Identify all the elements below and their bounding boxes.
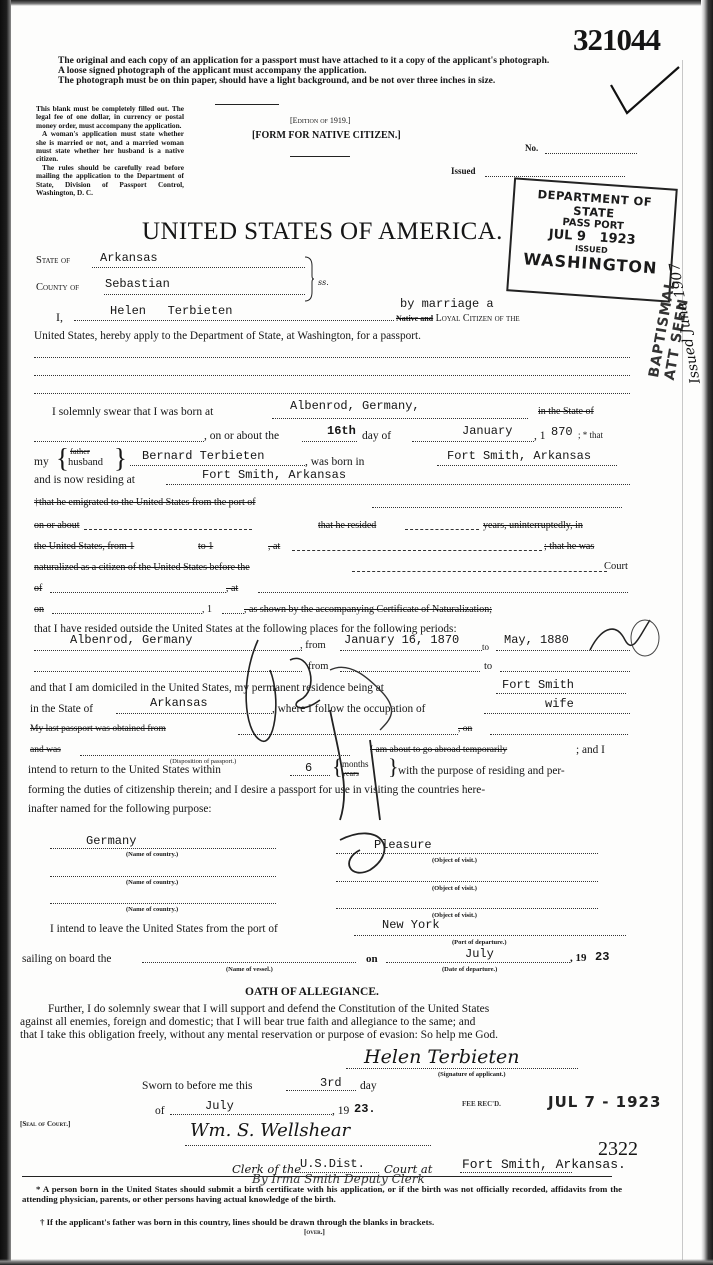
sworn-month-field: [170, 1114, 332, 1115]
struck-naturalized: naturalized as a citizen of the United S…: [34, 562, 250, 573]
oath-line-3: that I take this obligation freely, with…: [20, 1029, 498, 1041]
citizen-text: Loyal Citizen of the: [436, 313, 520, 324]
object-caption: (Object of visit.): [432, 857, 477, 864]
permanent-residence-field: [496, 693, 626, 694]
scan-edge-right: [701, 0, 713, 1265]
object-field: [336, 908, 598, 909]
checkmark-icon: [605, 65, 685, 125]
blank-line: [405, 529, 479, 530]
struck-that-he-was: ; that he was: [544, 541, 594, 552]
husband-name-field: [130, 465, 305, 466]
scan-fold-line: [682, 60, 683, 1260]
state-field: [92, 267, 305, 268]
blank-line: [52, 613, 202, 614]
oath-line-1: Further, I do solemnly swear that I will…: [48, 1003, 489, 1015]
struck-emigrated: †that he emigrated to the United States …: [34, 497, 256, 508]
blank-line: [34, 375, 630, 376]
scan-edge-bottom: [0, 1259, 713, 1265]
bracket-icon: [304, 256, 314, 302]
applicant-prefix: I,: [56, 310, 63, 325]
birth-year: 870: [551, 425, 573, 439]
county-value: Sebastian: [105, 277, 170, 291]
purpose-text-3: inafter named for the following purpose:: [28, 803, 212, 815]
issued-label: Issued: [451, 166, 476, 176]
no-label: No.: [525, 143, 538, 153]
port-field: [354, 935, 626, 936]
struck-certificate: , as shown by the accompanying Certifica…: [244, 604, 492, 615]
day-label: day: [360, 1080, 377, 1092]
struck-of: of: [34, 583, 42, 594]
birth-day-field: [302, 441, 357, 442]
sworn-year: 23.: [354, 1102, 376, 1116]
ss-label: ss.: [318, 278, 329, 287]
struck-father: father: [70, 446, 90, 456]
struck-native: Native and: [396, 314, 433, 323]
state-value: Arkansas: [100, 251, 158, 265]
blank-line: [292, 550, 542, 551]
that-label: ; * that: [578, 430, 603, 440]
photo-notice-line: The original and each copy of an applica…: [58, 56, 549, 66]
residing-field: [166, 484, 630, 485]
instruction-fee: This blank must be completely filled out…: [36, 105, 184, 130]
court-location: Fort Smith, Arkansas.: [462, 1157, 626, 1172]
departure-year: 23: [595, 950, 609, 964]
struck-on-date: , on: [458, 724, 472, 734]
sworn-day-field: [286, 1090, 356, 1091]
relation-bracket-close: }: [114, 444, 127, 472]
object-caption: (Object of visit.): [432, 885, 477, 892]
port-value: New York: [382, 918, 440, 932]
sworn-month: July: [205, 1099, 234, 1113]
blank-line: [34, 357, 630, 358]
state-label: State of: [36, 255, 70, 266]
divider: [215, 104, 279, 105]
signature-caption: (Signature of applicant.): [438, 1071, 506, 1078]
husband-label: husband: [68, 457, 103, 468]
by-marriage-note: by marriage a: [400, 297, 494, 311]
struck-and-was: and was: [30, 745, 61, 755]
husband-name: Bernard Terbieten: [142, 449, 264, 463]
fee-received-stamp-date: JUL 7 - 1923: [548, 1093, 661, 1111]
issued-field: [485, 176, 625, 177]
object-field: [336, 881, 598, 882]
domicile-state-label: in the State of: [30, 703, 93, 715]
edition-label: [Edition of 1919.]: [290, 116, 351, 125]
photo-notice: The original and each copy of an applica…: [58, 56, 549, 86]
footnote-birth-certificate: * A person born in the United States sho…: [22, 1185, 622, 1204]
destination-country: Germany: [86, 834, 136, 848]
abroad-to-field: [500, 671, 630, 672]
birth-day: 16th: [327, 424, 356, 438]
date-caption: (Date of departure.): [442, 966, 497, 973]
departure-date-field: [386, 962, 570, 963]
signature-line: [346, 1068, 578, 1069]
struck-at-2: , at: [226, 583, 238, 594]
footnote-father: † If the applicant's father was born in …: [40, 1217, 434, 1227]
country-caption: (Name of country.): [126, 906, 178, 913]
on-about-label: , on or about the: [204, 430, 279, 442]
departure-date: July: [465, 947, 494, 961]
department-of-state-stamp: DEPARTMENT OF STATE PASS PORT JUL 9 1923…: [506, 177, 678, 302]
birthplace-value: Albenrod, Germany,: [290, 399, 420, 413]
handwritten-approval-scrawl: [230, 620, 430, 880]
born-in-label: , was born in: [305, 456, 364, 468]
struck-at: , at: [268, 541, 280, 552]
oath-title: OATH OF ALLEGIANCE.: [245, 986, 379, 998]
birth-month: January: [462, 424, 512, 438]
sworn-year-prefix: , 19: [332, 1105, 349, 1117]
sworn-day: 3rd: [320, 1076, 342, 1090]
instruction-woman: A woman's application must state whether…: [36, 130, 184, 164]
year-1-label: , 1: [202, 604, 212, 615]
no-field: [545, 153, 637, 154]
county-field: [104, 294, 305, 295]
permanent-residence: Fort Smith: [502, 678, 574, 692]
handwritten-margin-scrawl: [585, 600, 665, 670]
last-passport-date-field: [490, 734, 628, 735]
blank-line: [222, 613, 244, 614]
struck-on-about: on or about: [34, 520, 80, 531]
on-label: on: [366, 953, 378, 965]
scan-edge-left: [0, 0, 11, 1265]
country-caption: (Name of country.): [126, 851, 178, 858]
abroad-to: May, 1880: [504, 633, 569, 647]
vessel-field: [142, 962, 356, 963]
country-caption: (Name of country.): [126, 879, 178, 886]
occupation-value: wife: [545, 697, 574, 711]
blank-line: [50, 592, 226, 593]
abroad-place: Albenrod, Germany: [70, 633, 192, 647]
to-label: to: [482, 642, 489, 652]
born-at-label: I solemnly swear that I was born at: [52, 406, 213, 418]
to-label: to: [484, 661, 492, 672]
blank-line: [34, 393, 630, 394]
struck-last-passport: My last passport was obtained from: [30, 724, 166, 734]
struck-to: to 1: [198, 541, 213, 552]
blank-line: [84, 529, 252, 530]
clerk-signature-line: [185, 1145, 431, 1146]
instruction-rules: The rules should be carefully read befor…: [36, 164, 184, 198]
my-label: my: [34, 456, 49, 468]
applicant-name-field: [74, 320, 394, 321]
oath-line-2: against all enemies, foreign and domesti…: [20, 1016, 475, 1028]
and-i-label: ; and I: [576, 744, 605, 756]
clerk-signature: Wm. S. Wellshear: [190, 1120, 350, 1141]
domicile-state: Arkansas: [150, 696, 208, 710]
struck-state-of: in the State of: [538, 406, 594, 417]
struck-from: the United States, from 1: [34, 541, 134, 552]
court-location-field: [460, 1172, 572, 1173]
blank-line: [258, 592, 628, 593]
divider: [290, 156, 350, 157]
photo-notice-line: A loose signed photograph of the applica…: [58, 66, 549, 76]
residing-label: and is now residing at: [34, 474, 135, 486]
occupation-field: [484, 713, 630, 714]
struck-resided: that he resided: [318, 520, 376, 531]
county-label: County of: [36, 282, 79, 293]
vessel-caption: (Name of vessel.): [226, 966, 273, 973]
applicant-signature: Helen Terbieten: [364, 1046, 520, 1068]
blank-line: [352, 571, 607, 572]
residing-value: Fort Smith, Arkansas: [202, 468, 346, 482]
fee-received-stamp-label: FEE REC'D.: [462, 1100, 501, 1108]
sworn-text: Sworn to before me this: [142, 1080, 253, 1092]
form-type-label: [FORM FOR NATIVE CITIZEN.]: [252, 130, 401, 141]
sailing-text: sailing on board the: [22, 953, 111, 965]
applicant-name: Helen Terbieten: [110, 304, 232, 318]
document-title: UNITED STATES OF AMERICA.: [142, 218, 503, 246]
port-text: I intend to leave the United States from…: [50, 923, 278, 935]
return-text: intend to return to the United States wi…: [28, 764, 221, 776]
year-prefix: , 1: [534, 430, 546, 442]
scan-edge-top: [0, 0, 713, 6]
country-field: [50, 903, 276, 904]
court-label: Court: [604, 561, 628, 572]
passport-application-page: 321044 The original and each copy of an …: [0, 0, 713, 1265]
serial-number: 321044: [573, 22, 660, 58]
husband-birthplace-field: [437, 465, 617, 466]
departure-year-prefix: , 19: [570, 952, 587, 964]
instructions-block: This blank must be completely filled out…: [36, 105, 184, 197]
blank-line: [372, 507, 622, 508]
over-label: [over.]: [304, 1228, 325, 1236]
port-caption: (Port of departure.): [452, 939, 507, 946]
birth-month-field: [412, 441, 534, 442]
husband-birthplace: Fort Smith, Arkansas: [447, 449, 591, 463]
court-name: U.S.Dist.: [300, 1157, 365, 1171]
apply-text: United States, hereby apply to the Depar…: [34, 330, 421, 342]
citizenship-line: Native and Loyal Citizen of the: [396, 313, 520, 324]
photo-notice-line: The photograph must be on thin paper, sh…: [58, 76, 549, 86]
of-label: of: [155, 1105, 165, 1117]
struck-on: on: [34, 604, 44, 615]
state-blank: [34, 441, 204, 442]
day-of-label: day of: [362, 430, 391, 442]
birthplace-field: [272, 418, 528, 419]
seal-of-court: [Seal of Court.]: [20, 1120, 70, 1128]
struck-years: years, uninterruptedly, in: [483, 520, 583, 531]
